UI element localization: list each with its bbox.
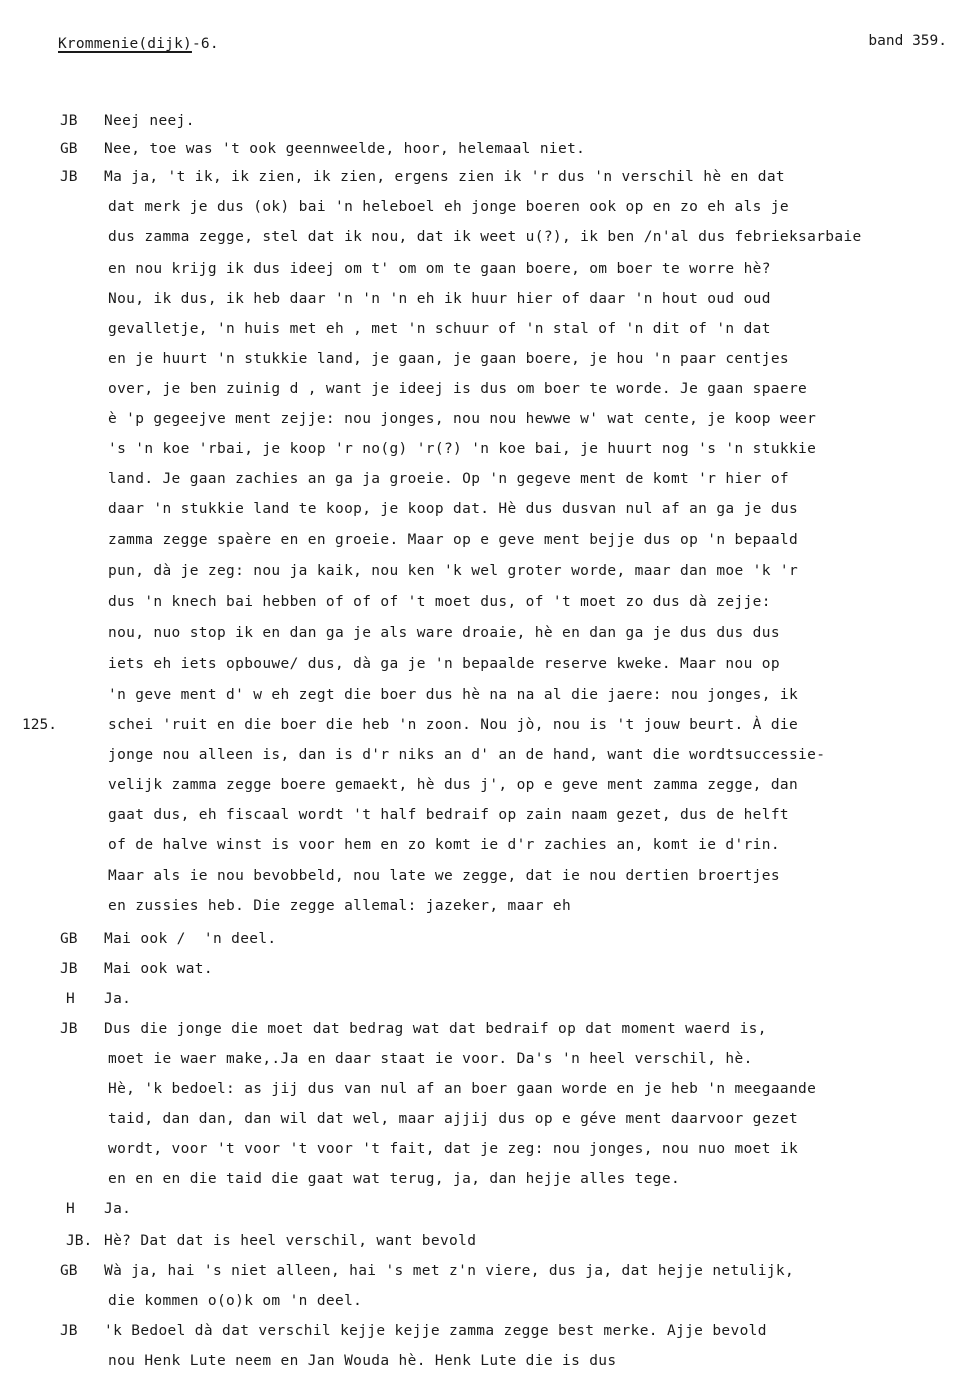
speaker-label: GB — [60, 1262, 77, 1280]
transcript-line: en zussies heb. Die zegge allemal: jazek… — [108, 897, 571, 915]
speaker-label: GB — [60, 930, 77, 948]
transcript-line: en nou krijg ik dus ideej om t' om om te… — [108, 260, 771, 278]
speaker-label: JB — [60, 112, 77, 130]
speaker-label: JB. — [66, 1232, 92, 1250]
transcript-line: pun, dà je zeg: nou ja kaik, nou ken 'k … — [108, 562, 798, 580]
speaker-label: JB — [60, 168, 77, 186]
transcript-line: Nou, ik dus, ik heb daar 'n 'n 'n eh ik … — [108, 290, 771, 308]
transcript-line: zamma zegge spaère en en groeie. Maar op… — [108, 531, 798, 549]
transcript-line: Hè, 'k bedoel: as jij dus van nul af an … — [108, 1080, 816, 1098]
transcript-line: 'n geve ment d' w eh zegt die boer dus h… — [108, 686, 798, 704]
transcript-line: jonge nou alleen is, dan is d'r niks an … — [108, 746, 825, 764]
speaker-label: GB — [60, 140, 77, 158]
band-number: band 359. — [868, 33, 947, 49]
transcript-line: Ja. — [104, 1200, 131, 1218]
transcript-line: Ja. — [104, 990, 131, 1008]
speaker-label: JB — [60, 960, 77, 978]
transcript-line: moet ie waer make,.Ja en daar staat ie v… — [108, 1050, 753, 1068]
speaker-label: JB — [60, 1322, 77, 1340]
transcript-line: iets eh iets opbouwe/ dus, dà ga je 'n b… — [108, 655, 780, 673]
transcript-line: 'k Bedoel dà dat verschil kejje kejje za… — [104, 1322, 767, 1340]
transcript-line: over, je ben zuinig d , want je ideej is… — [108, 380, 807, 398]
transcript-line: Neej neej. — [104, 112, 195, 130]
transcript-line: nou Henk Lute neem en Jan Wouda hè. Henk… — [108, 1352, 616, 1370]
transcript-line: Ma ja, 't ik, ik zien, ik zien, ergens z… — [104, 168, 785, 186]
transcript-line: velijk zamma zegge boere gemaekt, hè dus… — [108, 776, 798, 794]
transcript-line: Hè? Dat dat is heel verschil, want bevol… — [104, 1232, 476, 1250]
transcript-line: Nee, toe was 't ook geennweelde, hoor, h… — [104, 140, 585, 158]
transcript-line: Mai ook / 'n deel. — [104, 930, 277, 948]
transcript-line: dat merk je dus (ok) bai 'n heleboel eh … — [108, 198, 789, 216]
document-title: Krommenie(dijk)-6. — [58, 36, 219, 52]
transcript-line: dus 'n knech bai hebben of of of 't moet… — [108, 593, 771, 611]
transcript-line: wordt, voor 't voor 't voor 't fait, dat… — [108, 1140, 798, 1158]
transcript-line: of de halve winst is voor hem en zo komt… — [108, 836, 780, 854]
transcript-line: gevalletje, 'n huis met eh , met 'n schu… — [108, 320, 771, 338]
transcript-line: en je huurt 'n stukkie land, je gaan, je… — [108, 350, 789, 368]
title-place: Krommenie(dijk) — [58, 36, 192, 52]
transcript-line: Maar als ie nou bevobbeld, nou late we z… — [108, 867, 780, 885]
transcript-line: è 'p gegeejve ment zejje: nou jonges, no… — [108, 410, 816, 428]
transcript-line: schei 'ruit en die boer die heb 'n zoon.… — [108, 716, 798, 734]
transcript-line: gaat dus, eh fiscaal wordt 't half bedra… — [108, 806, 789, 824]
transcript-line: taid, dan dan, dan wil dat wel, maar ajj… — [108, 1110, 798, 1128]
transcript-line: Dus die jonge die moet dat bedrag wat da… — [104, 1020, 767, 1038]
transcript-line: en en en die taid die gaat wat terug, ja… — [108, 1170, 680, 1188]
transcript-line: land. Je gaan zachies an ga ja groeie. O… — [108, 470, 789, 488]
transcript-line: nou, nuo stop ik en dan ga je als ware d… — [108, 624, 780, 642]
title-suffix: -6. — [192, 36, 219, 52]
speaker-label: H — [66, 990, 75, 1008]
transcript-line: Wà ja, hai 's niet alleen, hai 's met z'… — [104, 1262, 794, 1280]
transcript-page: Krommenie(dijk)-6. band 359. JBNeej neej… — [0, 0, 979, 1390]
transcript-line: dus zamma zegge, stel dat ik nou, dat ik… — [108, 228, 862, 246]
speaker-label: H — [66, 1200, 75, 1218]
transcript-line: 's 'n koe 'rbai, je koop 'r no(g) 'r(?) … — [108, 440, 816, 458]
transcript-line: die kommen o(o)k om 'n deel. — [108, 1292, 362, 1310]
speaker-label: JB — [60, 1020, 77, 1038]
transcript-line: Mai ook wat. — [104, 960, 213, 978]
transcript-line: daar 'n stukkie land te koop, je koop da… — [108, 500, 798, 518]
line-number-marker: 125. — [22, 716, 57, 734]
